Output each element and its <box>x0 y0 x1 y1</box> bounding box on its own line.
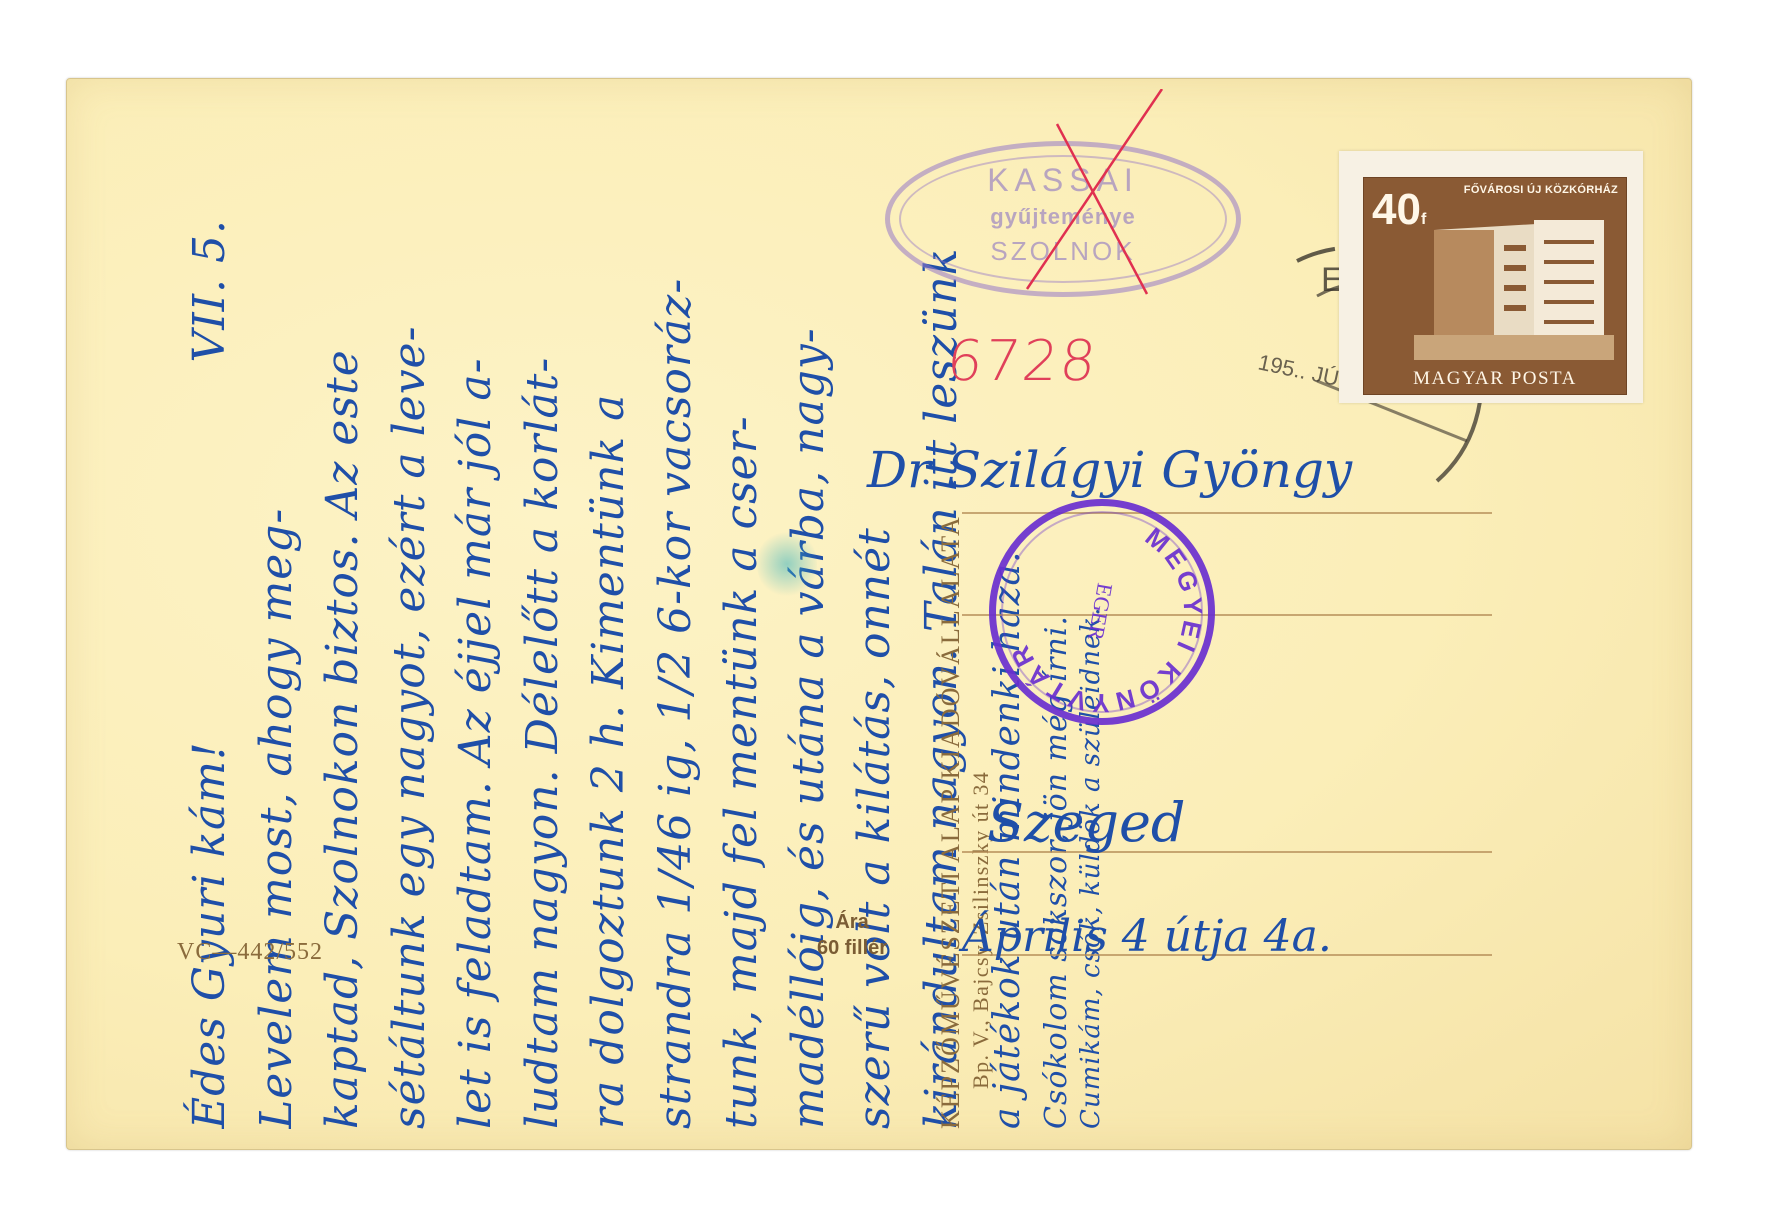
price-label: Ára <box>817 909 887 935</box>
letter-line: strandra 1/46 ig, 1/2 6-kor vacsoráz- <box>643 179 710 1129</box>
letter-date: VII. 5. <box>177 179 244 363</box>
postage-stamp-design: 40f FŐVÁROSI ÚJ KÖZKÓRHÁZ MAGYAR POSTA <box>1363 177 1627 395</box>
letter-line: let is feladtam. Az éjjel már jól a- <box>443 179 510 1129</box>
letter-line: ra dolgoztunk 2 h. Kimentünk a <box>576 179 643 1129</box>
publisher-name: KÉPZŐMŰVÉSZETI ALAP KIADÓVÁLLALATA <box>935 515 967 1129</box>
letter-line: sétáltunk egy nagyot, ezért a leve- <box>377 179 444 1129</box>
greeting-text: Édes Gyuri kám! <box>184 741 235 1129</box>
price-value: 60 fillér <box>817 935 887 961</box>
recipient-city: Szeged <box>987 791 1186 854</box>
red-cross-mark-icon <box>977 89 1177 299</box>
library-stamp-ring-icon: MEGYEI KÖNYVTÁR EGER <box>989 499 1215 725</box>
letter-line: madéllóig, és utána a várba, nagy- <box>776 179 843 1129</box>
recipient-street: Április 4 útja 4a. <box>962 911 1332 962</box>
postcard: Édes Gyuri kám! VII. 5. Levelem most, ah… <box>66 78 1692 1150</box>
letter-line: kaptad, Szolnokon biztos. Az este <box>310 179 377 1129</box>
publisher-imprint: KÉPZŐMŰVÉSZETI ALAP KIADÓVÁLLALATA Bp. V… <box>935 515 995 1129</box>
stamp-caption: FŐVÁROSI ÚJ KÖZKÓRHÁZ <box>1464 184 1618 196</box>
stamp-country: MAGYAR POSTA <box>1364 368 1626 390</box>
reference-number: 6728 <box>944 329 1101 394</box>
letter-line: Levelem most, ahogy meg- <box>244 179 311 1129</box>
letter-line: tunk, majd fel mentünk a cser- <box>709 179 776 1129</box>
letter-line: ludtam nagyon. Délelőtt a korlát- <box>510 179 577 1129</box>
library-stamp: MEGYEI KÖNYVTÁR EGER <box>989 499 1215 725</box>
handwritten-letter: Édes Gyuri kám! VII. 5. Levelem most, ah… <box>177 179 937 1129</box>
catalog-number: VC—442/552 <box>177 939 323 966</box>
letter-greeting: Édes Gyuri kám! VII. 5. <box>177 179 244 1129</box>
hospital-building-icon <box>1414 210 1614 360</box>
recipient-name: Dr Szilágyi Gyöngy <box>867 441 1352 499</box>
postage-stamp: 40f FŐVÁROSI ÚJ KÖZKÓRHÁZ MAGYAR POSTA <box>1339 151 1643 403</box>
letter-line: szerű volt a kilátás, onnét <box>842 179 909 1129</box>
ink-blot <box>757 529 817 599</box>
price-block: Ára 60 fillér <box>817 909 887 961</box>
svg-text:EGER: EGER <box>1083 581 1118 642</box>
